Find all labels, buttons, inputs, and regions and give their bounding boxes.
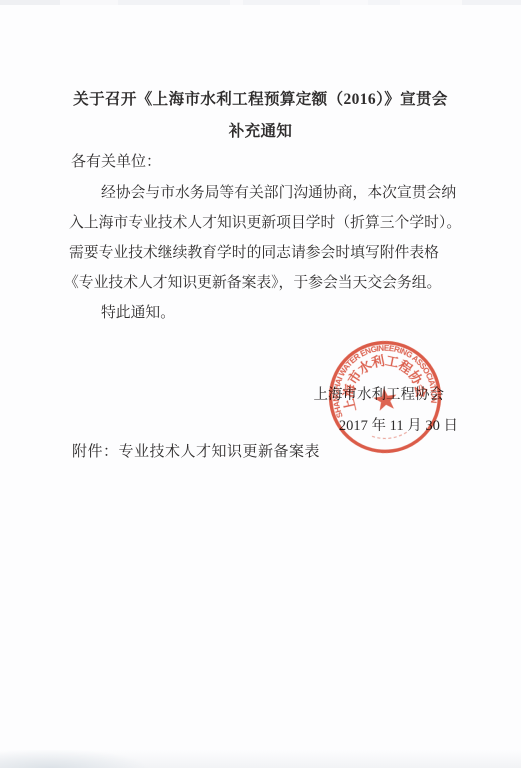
seal-english-ring-text: SHANGHAI WATER ENGINEERING ASSOCIATION bbox=[325, 337, 440, 420]
scan-edge-artifact bbox=[0, 0, 521, 5]
body-line: 入上海市专业技术人才知识更新项目学时（折算三个学时）。 bbox=[69, 214, 461, 232]
scanned-notice-page: 关于召开《上海市水利工程预算定额（2016）》宣贯会 补充通知 各有关单位： 经… bbox=[0, 0, 521, 768]
document-title-line2: 补充通知 bbox=[0, 122, 521, 141]
salutation: 各有关单位： bbox=[71, 153, 161, 172]
attachment-line: 附件：专业技术人才知识更新备案表 bbox=[72, 443, 320, 462]
scan-shadow-artifact bbox=[0, 750, 521, 768]
document-title-line1: 关于召开《上海市水利工程预算定额（2016）》宣贯会 bbox=[0, 90, 521, 109]
signature-organization: 上海市水利工程协会 bbox=[314, 386, 445, 404]
signature-date: 2017 年 11 月 30 日 bbox=[339, 417, 458, 435]
body-line: 经协会与市水务局等有关部门沟通协商，本次宣贯会纳 bbox=[101, 184, 456, 202]
body-line: 《专业技术人才知识更新备案表》，于参会当天交会务组。 bbox=[64, 274, 441, 292]
closing-line: 特此通知。 bbox=[101, 304, 175, 322]
body-line: 需要专业技术继续教育学时的同志请参会时填写附件表格 bbox=[69, 244, 439, 262]
